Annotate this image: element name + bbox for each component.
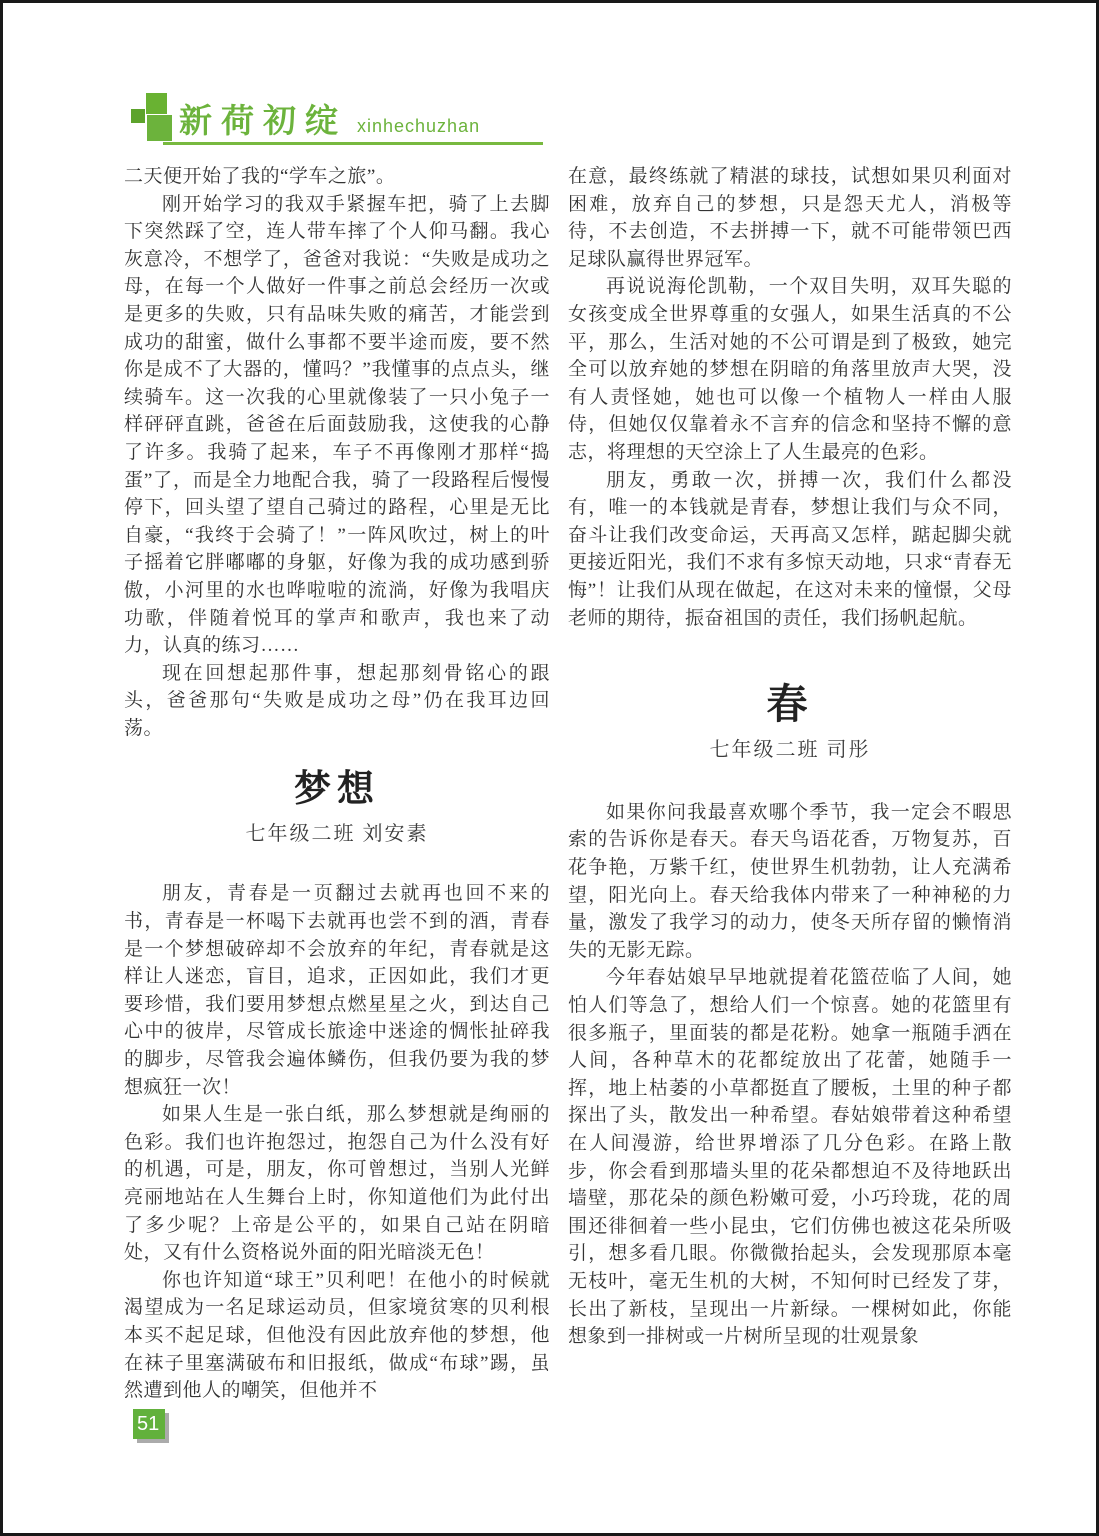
paragraph-continuation: 二天便开始了我的“学车之旅”。 (124, 163, 550, 191)
essay-title: 春 (568, 680, 1012, 729)
right-column: 在意，最终练就了精湛的球技，试想如果贝利面对困难，放弃自己的梦想，只是怨天尤人，… (568, 163, 1012, 1351)
paragraph: 你也许知道“球王”贝利吧！在他小的时候就渴望成为一名足球运动员，但家境贫寒的贝利… (124, 1267, 550, 1405)
paragraph: 刚开始学习的我双手紧握车把，骑了上去脚下突然踩了空，连人带车摔了个人仰马翻。我心… (124, 191, 550, 660)
magazine-page: 新荷初绽 xinhechuzhan 二天便开始了我的“学车之旅”。 刚开始学习的… (0, 0, 1099, 1536)
left-column: 二天便开始了我的“学车之旅”。 刚开始学习的我双手紧握车把，骑了上去脚下突然踩了… (124, 163, 550, 1405)
continuation-paragraphs: 再说说海伦凯勒，一个双目失明，双耳失聪的女孩变成全世界尊重的女强人，如果生活真的… (568, 273, 1012, 632)
essay-author: 七年级二班 司彤 (568, 737, 1012, 765)
page-header: 新荷初绽 xinhechuzhan (131, 91, 543, 147)
magazine-logo-subtext: xinhechuzhan (357, 117, 480, 137)
paragraph: 现在回想起那件事，想起那刻骨铭心的跟头，爸爸那句“失败是成功之母”仍在我耳边回荡… (124, 660, 550, 743)
paragraph: 再说说海伦凯勒，一个双目失明，双耳失聪的女孩变成全世界尊重的女强人，如果生活真的… (568, 273, 1012, 466)
paragraph: 朋友，勇敢一次，拼搏一次，我们什么都没有，唯一的本钱就是青春，梦想让我们与众不同… (568, 467, 1012, 633)
paragraph: 今年春姑娘早早地就提着花篮莅临了人间，她怕人们等急了，想给人们一个惊喜。她的花篮… (568, 964, 1012, 1350)
paragraph-continuation: 在意，最终练就了精湛的球技，试想如果贝利面对困难，放弃自己的梦想，只是怨天尤人，… (568, 163, 1012, 273)
paragraph: 如果你问我最喜欢哪个季节，我一定会不暇思索的告诉你是春天。春天鸟语花香，万物复苏… (568, 799, 1012, 965)
continuation-paragraphs: 刚开始学习的我双手紧握车把，骑了上去脚下突然踩了空，连人带车摔了个人仰马翻。我心… (124, 191, 550, 743)
essay-body-spring: 如果你问我最喜欢哪个季节，我一定会不暇思索的告诉你是春天。春天鸟语花香，万物复苏… (568, 799, 1012, 1351)
essay-author: 七年级二班 刘安素 (124, 821, 550, 849)
essay-header-dream: 梦想 七年级二班 刘安素 (124, 768, 550, 848)
essay-title: 梦想 (124, 768, 550, 812)
logo-square-left (131, 109, 145, 123)
header-rule: 新荷初绽 xinhechuzhan (163, 104, 543, 145)
page-number-badge: 51 (133, 1409, 165, 1439)
magazine-logo-text: 新荷初绽 (179, 104, 347, 137)
paragraph: 如果人生是一张白纸，那么梦想就是绚丽的色彩。我们也许抱怨过，抱怨自己为什么没有好… (124, 1101, 550, 1267)
essay-body-dream: 朋友，青春是一页翻过去就再也回不来的书，青春是一杯喝下去就再也尝不到的酒，青春是… (124, 880, 550, 1404)
essay-header-spring: 春 七年级二班 司彤 (568, 680, 1012, 765)
paragraph: 朋友，青春是一页翻过去就再也回不来的书，青春是一杯喝下去就再也尝不到的酒，青春是… (124, 880, 550, 1101)
